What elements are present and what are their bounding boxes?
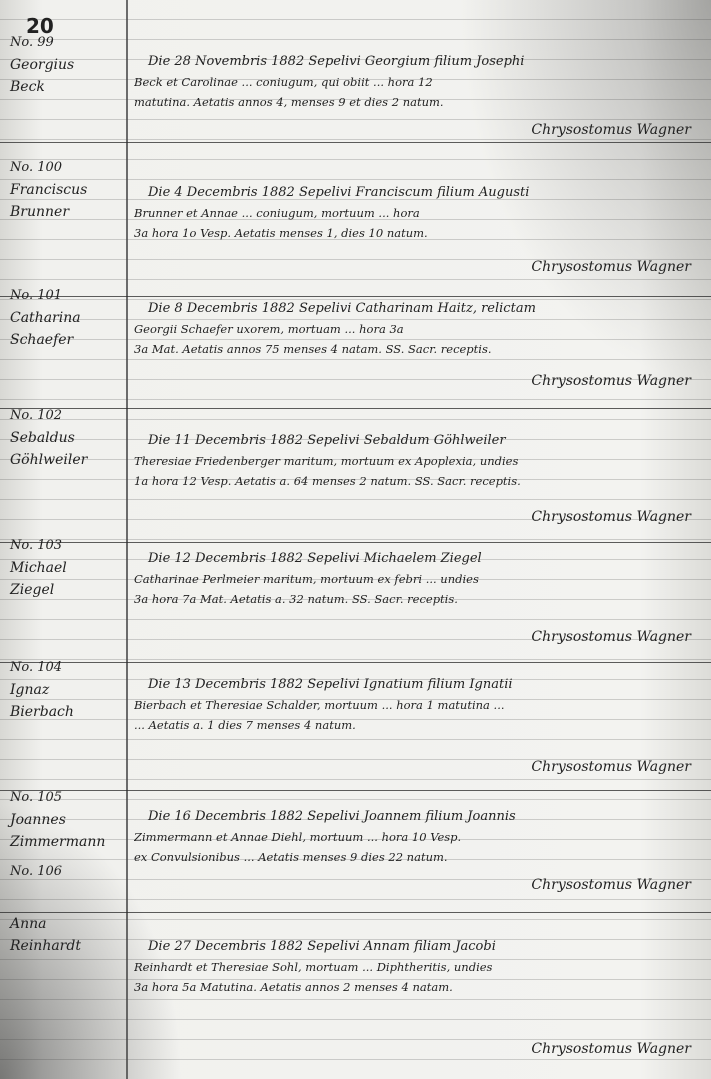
entry-number: No. 103 <box>10 535 122 557</box>
entry-line: Die 11 Decembris 1882 Sepelivi Sebaldum … <box>134 431 697 451</box>
entry-line: Die 16 Decembris 1882 Sepelivi Joannem f… <box>134 807 697 827</box>
entry-number: No. 106 <box>10 861 122 883</box>
entry-last-name: Zimmermann <box>10 831 122 853</box>
entry-last-name: Göhlweiler <box>10 449 122 471</box>
entry-first-name: Sebaldus <box>10 427 122 449</box>
entry-line: Beck et Carolinae ... coniugum, qui obii… <box>134 72 697 92</box>
entry-text: Die 28 Novembris 1882 Sepelivi Georgium … <box>134 52 697 112</box>
entry-last-name: Brunner <box>10 201 122 223</box>
entry-text: Die 8 Decembris 1882 Sepelivi Catharinam… <box>134 299 697 359</box>
entry-line: Brunner et Annae ... coniugum, mortuum .… <box>134 203 697 223</box>
entry-text: Die 11 Decembris 1882 Sepelivi Sebaldum … <box>134 431 697 491</box>
entry-line: 3a Mat. Aetatis annos 75 menses 4 natam.… <box>134 339 697 359</box>
entry-name-column: No. 104 Ignaz Bierbach <box>10 657 122 723</box>
register-entry: No. 103 Michael Ziegel Die 12 Decembris … <box>0 542 711 655</box>
register-entry: No. 101 Catharina Schaefer Die 8 Decembr… <box>0 296 711 407</box>
entry-last-name: Reinhardt <box>10 935 122 957</box>
entry-first-name: Joannes <box>10 809 122 831</box>
register-entry: No. 102 Sebaldus Göhlweiler Die 11 Decem… <box>0 408 711 541</box>
entry-line: Die 27 Decembris 1882 Sepelivi Annam fil… <box>134 937 697 957</box>
entry-number: No. 104 <box>10 657 122 679</box>
entry-line: Georgii Schaefer uxorem, mortuam ... hor… <box>134 319 697 339</box>
entry-line: ... Aetatis a. 1 dies 7 menses 4 natum. <box>134 715 697 735</box>
priest-signature: Chrysostomus Wagner <box>531 877 691 893</box>
priest-signature: Chrysostomus Wagner <box>531 509 691 525</box>
priest-signature: Chrysostomus Wagner <box>531 259 691 275</box>
entry-first-name: Anna <box>10 913 122 935</box>
entry-name-column: No. 101 Catharina Schaefer <box>10 285 122 351</box>
priest-signature: Chrysostomus Wagner <box>531 759 691 775</box>
entry-name-column: No. 106 Anna Reinhardt <box>10 861 122 957</box>
entry-number: No. 100 <box>10 157 122 179</box>
entry-name-column: No. 105 Joannes Zimmermann <box>10 787 122 853</box>
entry-line: ex Convulsionibus ... Aetatis menses 9 d… <box>134 847 697 867</box>
entry-first-name: Georgius <box>10 54 122 76</box>
entry-last-name: Beck <box>10 76 122 98</box>
entry-line: 3a hora 7a Mat. Aetatis a. 32 natum. SS.… <box>134 589 697 609</box>
entry-number: No. 101 <box>10 285 122 307</box>
priest-signature: Chrysostomus Wagner <box>531 122 691 138</box>
entry-line: Catharinae Perlmeier maritum, mortuum ex… <box>134 569 697 589</box>
entry-line: Reinhardt et Theresiae Sohl, mortuam ...… <box>134 957 697 977</box>
entry-line: Die 13 Decembris 1882 Sepelivi Ignatium … <box>134 675 697 695</box>
entry-text: Die 27 Decembris 1882 Sepelivi Annam fil… <box>134 937 697 997</box>
entry-name-column: No. 100 Franciscus Brunner <box>10 157 122 223</box>
entry-number: No. 99 <box>10 32 122 54</box>
entry-number: No. 102 <box>10 405 122 427</box>
entry-line: Die 8 Decembris 1882 Sepelivi Catharinam… <box>134 299 697 319</box>
register-page: 20 No. 99 Georgius Beck Die 28 Novembris… <box>0 0 711 1079</box>
register-entry: No. 104 Ignaz Bierbach Die 13 Decembris … <box>0 662 711 789</box>
entry-text: Die 12 Decembris 1882 Sepelivi Michaelem… <box>134 549 697 609</box>
priest-signature: Chrysostomus Wagner <box>531 373 691 389</box>
entry-number: No. 105 <box>10 787 122 809</box>
entry-first-name: Michael <box>10 557 122 579</box>
register-entry: No. 106 Anna Reinhardt Die 27 Decembris … <box>0 912 711 1079</box>
register-entry: No. 100 Franciscus Brunner Die 4 Decembr… <box>0 142 711 281</box>
entry-line: Die 4 Decembris 1882 Sepelivi Franciscum… <box>134 183 697 203</box>
entry-line: Theresiae Friedenberger maritum, mortuum… <box>134 451 697 471</box>
entry-last-name: Ziegel <box>10 579 122 601</box>
entry-line: 1a hora 12 Vesp. Aetatis a. 64 menses 2 … <box>134 471 697 491</box>
entry-text: Die 16 Decembris 1882 Sepelivi Joannem f… <box>134 807 697 867</box>
entry-first-name: Ignaz <box>10 679 122 701</box>
entry-name-column: No. 102 Sebaldus Göhlweiler <box>10 405 122 471</box>
entry-text: Die 13 Decembris 1882 Sepelivi Ignatium … <box>134 675 697 735</box>
entry-first-name: Catharina <box>10 307 122 329</box>
entry-line: 3a hora 5a Matutina. Aetatis annos 2 men… <box>134 977 697 997</box>
entry-line: Bierbach et Theresiae Schalder, mortuum … <box>134 695 697 715</box>
entry-line: matutina. Aetatis annos 4, menses 9 et d… <box>134 92 697 112</box>
entry-first-name: Franciscus <box>10 179 122 201</box>
entry-line: 3a hora 1o Vesp. Aetatis menses 1, dies … <box>134 223 697 243</box>
priest-signature: Chrysostomus Wagner <box>531 1041 691 1057</box>
entry-line: Die 12 Decembris 1882 Sepelivi Michaelem… <box>134 549 697 569</box>
entry-text: Die 4 Decembris 1882 Sepelivi Franciscum… <box>134 183 697 243</box>
entry-name-column: No. 103 Michael Ziegel <box>10 535 122 601</box>
entry-last-name: Schaefer <box>10 329 122 351</box>
priest-signature: Chrysostomus Wagner <box>531 629 691 645</box>
entry-name-column: No. 99 Georgius Beck <box>10 32 122 98</box>
entry-line: Die 28 Novembris 1882 Sepelivi Georgium … <box>134 52 697 72</box>
register-entry: No. 99 Georgius Beck Die 28 Novembris 18… <box>0 22 711 140</box>
entry-line: Zimmermann et Annae Diehl, mortuum ... h… <box>134 827 697 847</box>
entry-last-name: Bierbach <box>10 701 122 723</box>
